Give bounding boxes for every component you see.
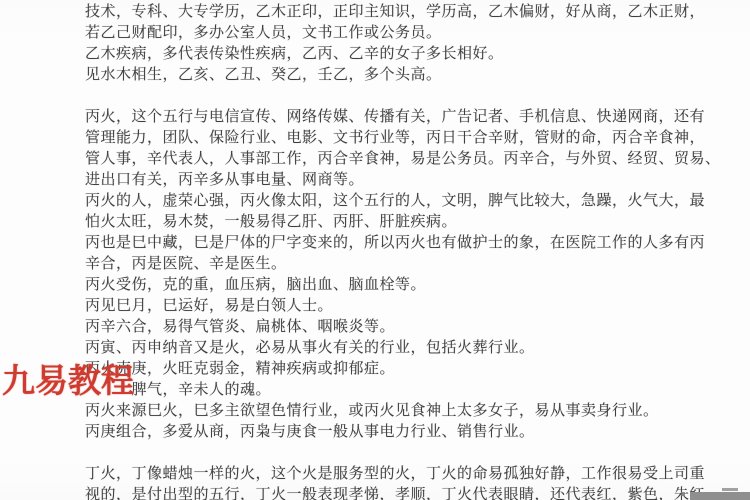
text-line: 丙火来源巳火，巳多主欲望色情行业，或丙火见食神上太多女子，易从事卖身行业。 [85, 401, 725, 422]
text-line: 丙也是巳中藏，巳是尸体的尸字变来的，所以丙火也有做护士的象，在医院工作的人多有丙 [85, 233, 725, 254]
text-line: 丙见巳月，巳运好，易是白领人士。 [85, 296, 725, 317]
text-line: 丙火，这个五行与电信宣传、网络传媒、传播有关，广告记者、手机信息、快递网商，还有 [85, 107, 725, 128]
text-line: 丙辛六合，易得气管炎、扁桃体、咽喉炎等。 [85, 317, 725, 338]
artifact-speck [681, 492, 685, 496]
text-line: 丙火受伤，克的重，血压病，脑出血、脑血栓等。 [85, 275, 725, 296]
text-line: 技术，专科、大专学历，乙木正印，正印主知识，学历高，乙木偏财，好从商，乙木正财， [85, 2, 725, 23]
document-page: 技术，专科、大专学历，乙木正印，正印主知识，学历高，乙木偏财，好从商，乙木正财，… [0, 0, 750, 500]
text-line: 丙寅、丙申纳音又是火，必易从事火有关的行业，包括火葬行业。 [85, 338, 725, 359]
text-line: 管理能力，团队、保险行业、电影、文书行业等，丙日干合辛财，管财的命，丙合辛食神， [85, 128, 725, 149]
watermark: 九易教程 [2, 364, 134, 398]
bottom-right-bar [690, 492, 750, 500]
document-body: 技术，专科、大专学历，乙木正印，正印主知识，学历高，乙木偏财，好从商，乙木正财，… [85, 2, 725, 500]
text-line: 管人事，辛代表人，人事部工作，丙合辛食神，易是公务员。丙辛合，与外贸、经贸、贸易… [85, 149, 725, 170]
text-line: 丙火的人，虚荣心强，丙火像太阳，这个五行的人，文明，脾气比较大，急躁，火气大，最 [85, 191, 725, 212]
text-line: 丁火，丁像蜡烛一样的火，这个火是服务型的火，丁火的命易孤独好静，工作很易受上司重 [85, 464, 725, 485]
text-line: 辛合，丙是医院、辛是医生。 [85, 254, 725, 275]
text-line: 怕火太旺，易木焚，一般易得乙肝、丙肝、肝脏疾病。 [85, 212, 725, 233]
text-line: 若乙己财配印，多办公室人员，文书工作或公务员。 [85, 23, 725, 44]
text-line: 丙火克庚，火旺克弱金，精神疾病或抑郁症。 [85, 359, 725, 380]
paragraph: 丁火，丁像蜡烛一样的火，这个火是服务型的火，丁火的命易孤独好静，工作很易受上司重… [85, 464, 725, 500]
artifact-speck [722, 488, 738, 491]
text-line: 乙木疾病，多代表传染性疾病，乙丙、乙辛的女子多长相好。 [85, 44, 725, 65]
text-line: 脾气，辛未人的魂。 [85, 380, 725, 401]
text-line: 视的，是付出型的五行，丁火一般表现孝悌，孝顺，丁火代表眼睛，还代表红，紫色，朱红 [85, 485, 725, 500]
text-line: 见水木相生，乙亥、乙丑、癸乙，壬乙，多个头高。 [85, 65, 725, 86]
paragraph: 技术，专科、大专学历，乙木正印，正印主知识，学历高，乙木偏财，好从商，乙木正财，… [85, 2, 725, 86]
text-line: 进出口有关，丙辛多从事电量、网商等。 [85, 170, 725, 191]
text-line: 丙庚组合，多爱从商，丙枭与庚食一般从事电力行业、销售行业。 [85, 422, 725, 443]
paragraph: 丙火，这个五行与电信宣传、网络传媒、传播有关，广告记者、手机信息、快递网商，还有… [85, 107, 725, 443]
